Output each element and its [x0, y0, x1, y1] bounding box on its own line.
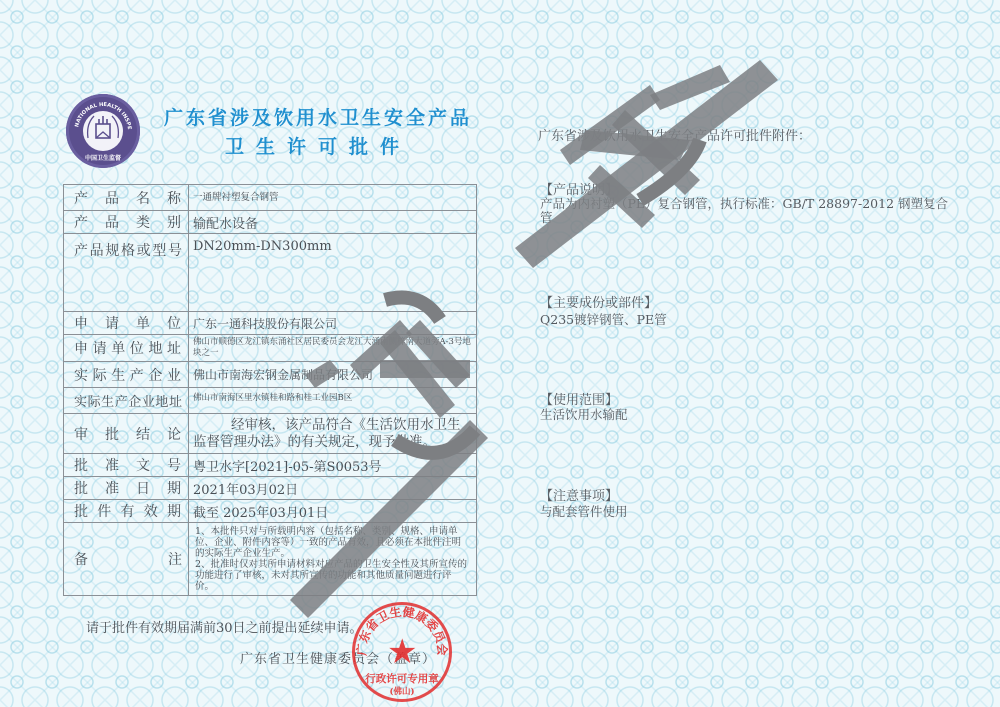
section-heading-components: 【主要成份或部件】 — [540, 292, 657, 311]
seal-center-text: 行政许可专用章 — [355, 671, 449, 686]
table-row: 产品规格或型号 DN20mm-DN300mm — [64, 234, 477, 312]
renewal-note: 请于批件有效期届满前30日之前提出延续申请。 — [86, 617, 363, 636]
seal-bottom-text: (佛山) — [355, 685, 449, 697]
row-label: 批准日期 — [64, 477, 189, 500]
table-row: 批准日期 2021年03月02日 — [64, 477, 477, 500]
row-label: 产品规格或型号 — [64, 234, 189, 312]
row-label: 产品名称 — [64, 185, 189, 211]
row-label: 申请单位地址 — [64, 335, 189, 362]
row-label: 批准文号 — [64, 454, 189, 477]
table-row: 备注 1、本批件只对与所载明内容（包括名称、类别、规格、申请单位、企业、附件内容… — [64, 523, 477, 596]
section-heading-usage-scope: 【使用范围】 — [540, 389, 618, 408]
row-label: 产品类别 — [64, 211, 189, 234]
table-row: 产品名称 一通牌衬塑复合钢管 — [64, 185, 477, 211]
table-row: 申请单位地址 佛山市顺德区龙江镇东涌社区居民委员会龙江大涌南侧梓南大道旁A-3号… — [64, 335, 477, 362]
approval-date-value: 2021年03月02日 — [189, 477, 477, 500]
table-row: 批件有效期 截至 2025年03月01日 — [64, 500, 477, 523]
remark-2: 2、批准时仅对其所申请材料对应产品的卫生安全性及其所宣传的功能进行了审核，未对其… — [195, 559, 470, 592]
product-name-value: 一通牌衬塑复合钢管 — [189, 185, 477, 211]
section-heading-notes: 【注意事项】 — [540, 485, 618, 504]
table-row: 审批结论 经审核，该产品符合《生活饮用水卫生 监督管理办法》的有关规定，现予批准… — [64, 414, 477, 454]
emblem-icon: CHINA NATIONAL HEALTH INSPECTION 中国卫生监督 — [66, 94, 140, 168]
conclusion-line1: 经审核，该产品符合《生活饮用水卫生 — [193, 417, 472, 434]
svg-text:中国卫生监督: 中国卫生监督 — [85, 154, 121, 162]
row-label: 备注 — [64, 523, 189, 596]
star-icon: ★ — [387, 635, 417, 669]
validity-value: 截至 2025年03月01日 — [189, 500, 477, 523]
section-body-notes: 与配套管件使用 — [540, 505, 840, 519]
applicant-address-value: 佛山市顺德区龙江镇东涌社区居民委员会龙江大涌南侧梓南大道旁A-3号地块之一 — [189, 335, 477, 362]
row-label: 实际生产企业 — [64, 362, 189, 388]
document-title-line2: 卫生许可批件 — [148, 132, 488, 159]
document-title-line1: 广东省涉及饮用水卫生安全产品 — [148, 103, 488, 130]
product-category-value: 输配水设备 — [189, 211, 477, 234]
manufacturer-value: 佛山市南海宏钢金属制品有限公司 — [189, 362, 477, 388]
remark-1: 1、本批件只对与所载明内容（包括名称、类别、规格、申请单位、企业、附件内容等）一… — [195, 526, 470, 559]
manufacturer-address-value: 佛山市南海区里水镇桂和路和桂工业园B区 — [189, 388, 477, 414]
table-row: 实际生产企业地址 佛山市南海区里水镇桂和路和桂工业园B区 — [64, 388, 477, 414]
approval-number-value: 粤卫水字[2021]-05-第S0053号 — [189, 454, 477, 477]
row-label: 实际生产企业地址 — [64, 388, 189, 414]
table-row: 申请单位 广东一通科技股份有限公司 — [64, 312, 477, 335]
table-row: 实际生产企业 佛山市南海宏钢金属制品有限公司 — [64, 362, 477, 388]
section-body-usage-scope: 生活饮用水输配 — [540, 408, 840, 422]
product-spec-value: DN20mm-DN300mm — [189, 234, 477, 312]
applicant-value: 广东一通科技股份有限公司 — [189, 312, 477, 335]
section-body-components: Q235镀锌钢管、PE管 — [540, 313, 840, 327]
table-row: 产品类别 输配水设备 — [64, 211, 477, 234]
attachment-title: 广东省涉及饮用水卫生安全产品许可批件附件： — [538, 125, 811, 144]
row-label: 批件有效期 — [64, 500, 189, 523]
official-seal: 广东省卫生健康委员会 ★ 行政许可专用章 (佛山) — [352, 602, 452, 702]
remarks-value: 1、本批件只对与所载明内容（包括名称、类别、规格、申请单位、企业、附件内容等）一… — [189, 523, 477, 596]
table-row: 批准文号 粤卫水字[2021]-05-第S0053号 — [64, 454, 477, 477]
row-label: 申请单位 — [64, 312, 189, 335]
section-body-product-description: 产品为内衬塑（PE）复合钢管，执行标准：GB/T 28897-2012 钢塑复合… — [540, 197, 960, 225]
permit-table: 产品名称 一通牌衬塑复合钢管 产品类别 输配水设备 产品规格或型号 DN20mm… — [63, 184, 477, 596]
health-inspection-emblem: CHINA NATIONAL HEALTH INSPECTION 中国卫生监督 — [66, 94, 140, 168]
conclusion-line2: 监督管理办法》的有关规定，现予批准。 — [193, 434, 472, 451]
approval-conclusion-value: 经审核，该产品符合《生活饮用水卫生 监督管理办法》的有关规定，现予批准。 — [189, 414, 477, 454]
row-label: 审批结论 — [64, 414, 189, 454]
